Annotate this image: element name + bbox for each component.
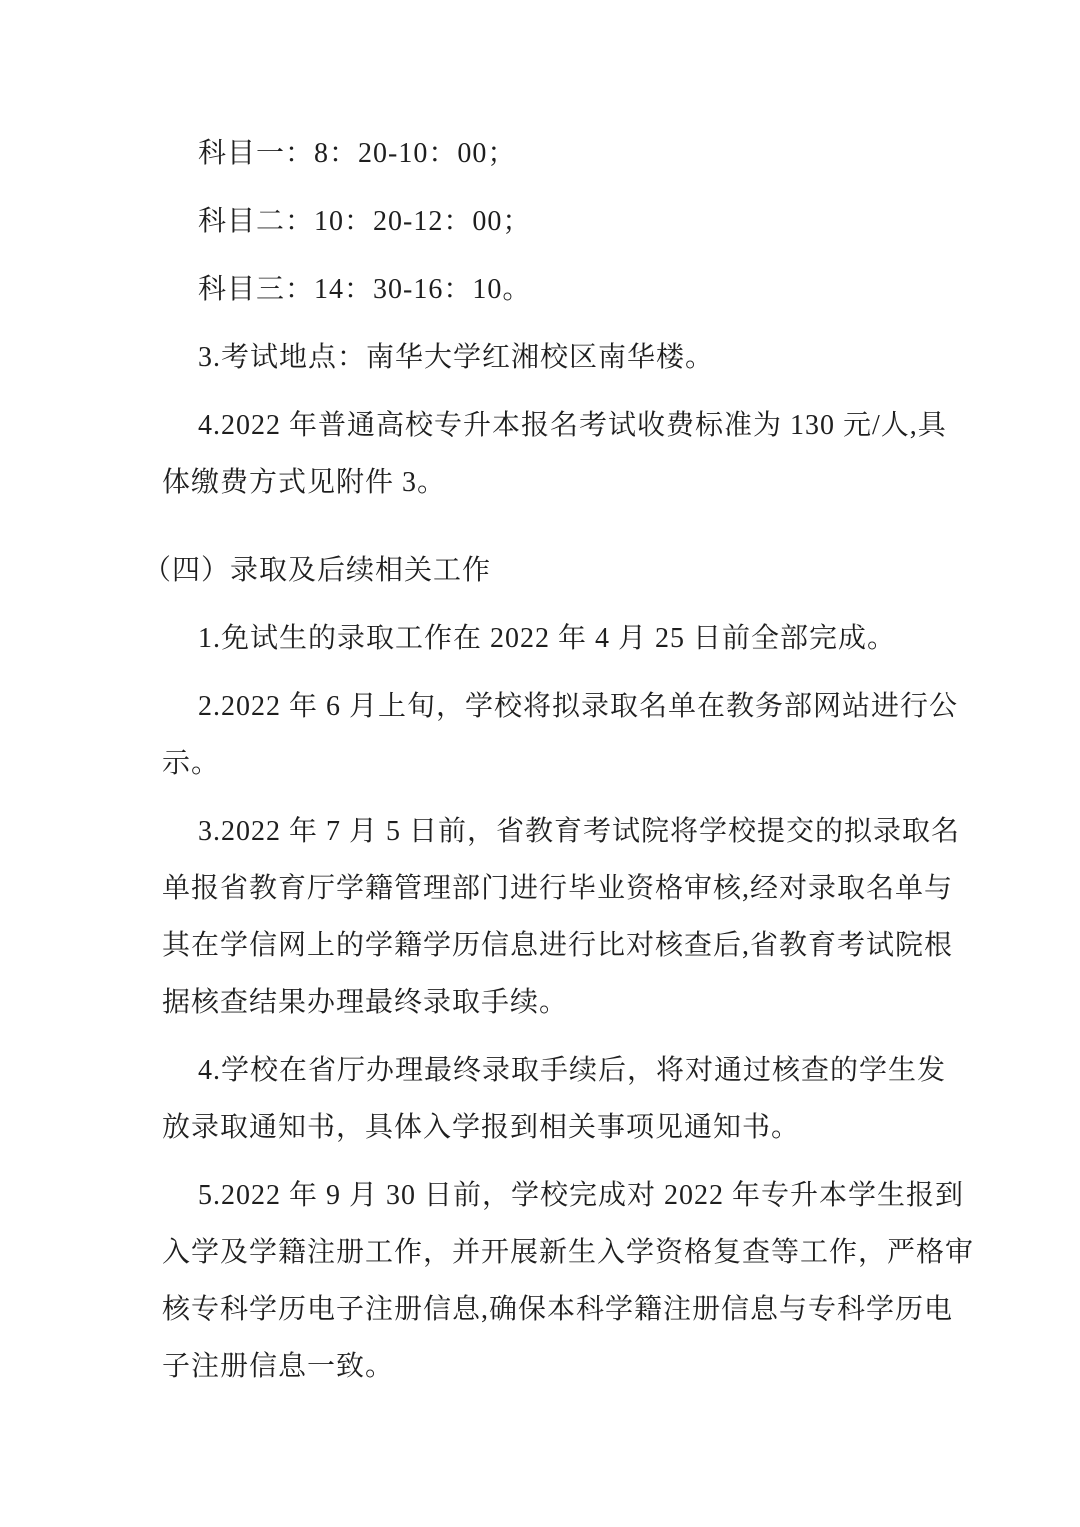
text-line: 科目三：14：30-16：10。 [162,261,1080,318]
text-line: 示。 [162,735,1080,792]
text-line: 据核查结果办理最终录取手续。 [162,974,1080,1031]
text-line: 单报省教育厅学籍管理部门进行毕业资格审核,经对录取名单与 [162,860,1080,917]
text-line: 3.2022 年 7 月 5 日前，省教育考试院将学校提交的拟录取名 [162,803,1080,860]
text-line: 放录取通知书，具体入学报到相关事项见通知书。 [162,1099,1080,1156]
section-heading-admission: （四）录取及后续相关工作 [162,542,1080,599]
text-line: 3.考试地点：南华大学红湘校区南华楼。 [162,329,1080,386]
paragraph-exam-fee: 4.2022 年普通高校专升本报名考试收费标准为 130 元/人,具 体缴费方式… [162,397,1080,511]
text-line: 1.免试生的录取工作在 2022 年 4 月 25 日前全部完成。 [162,610,1080,667]
text-line: 入学及学籍注册工作，并开展新生入学资格复查等工作，严格审 [162,1224,1080,1281]
text-line: 科目一：8：20-10：00； [162,125,1080,182]
text-line: 子注册信息一致。 [162,1338,1080,1395]
text-line: 4.学校在省厅办理最终录取手续后，将对通过核查的学生发 [162,1042,1080,1099]
paragraph-admission-list-publicity: 2.2022 年 6 月上旬，学校将拟录取名单在教务部网站进行公 示。 [162,678,1080,792]
paragraph-qualification-review: 3.2022 年 7 月 5 日前，省教育考试院将学校提交的拟录取名 单报省教育… [162,803,1080,1031]
text-line: 体缴费方式见附件 3。 [162,454,1080,511]
heading-line: （四）录取及后续相关工作 [143,542,1080,599]
text-line: 其在学信网上的学籍学历信息进行比对核查后,省教育考试院根 [162,917,1080,974]
paragraph-exempt-students: 1.免试生的录取工作在 2022 年 4 月 25 日前全部完成。 [162,610,1080,667]
document-page: 科目一：8：20-10：00； 科目二：10：20-12：00； 科目三：14：… [0,0,1080,1527]
text-line: 科目二：10：20-12：00； [162,193,1080,250]
paragraph-subject3: 科目三：14：30-16：10。 [162,261,1080,318]
text-line: 核专科学历电子注册信息,确保本科学籍注册信息与专科学历电 [162,1281,1080,1338]
paragraph-exam-location: 3.考试地点：南华大学红湘校区南华楼。 [162,329,1080,386]
text-line: 2.2022 年 6 月上旬，学校将拟录取名单在教务部网站进行公 [162,678,1080,735]
text-line: 5.2022 年 9 月 30 日前，学校完成对 2022 年专升本学生报到 [162,1167,1080,1224]
paragraph-subject1: 科目一：8：20-10：00； [162,125,1080,182]
paragraph-subject2: 科目二：10：20-12：00； [162,193,1080,250]
paragraph-admission-notice: 4.学校在省厅办理最终录取手续后，将对通过核查的学生发 放录取通知书，具体入学报… [162,1042,1080,1156]
paragraph-registration-check: 5.2022 年 9 月 30 日前，学校完成对 2022 年专升本学生报到 入… [162,1167,1080,1395]
text-line: 4.2022 年普通高校专升本报名考试收费标准为 130 元/人,具 [162,397,1080,454]
